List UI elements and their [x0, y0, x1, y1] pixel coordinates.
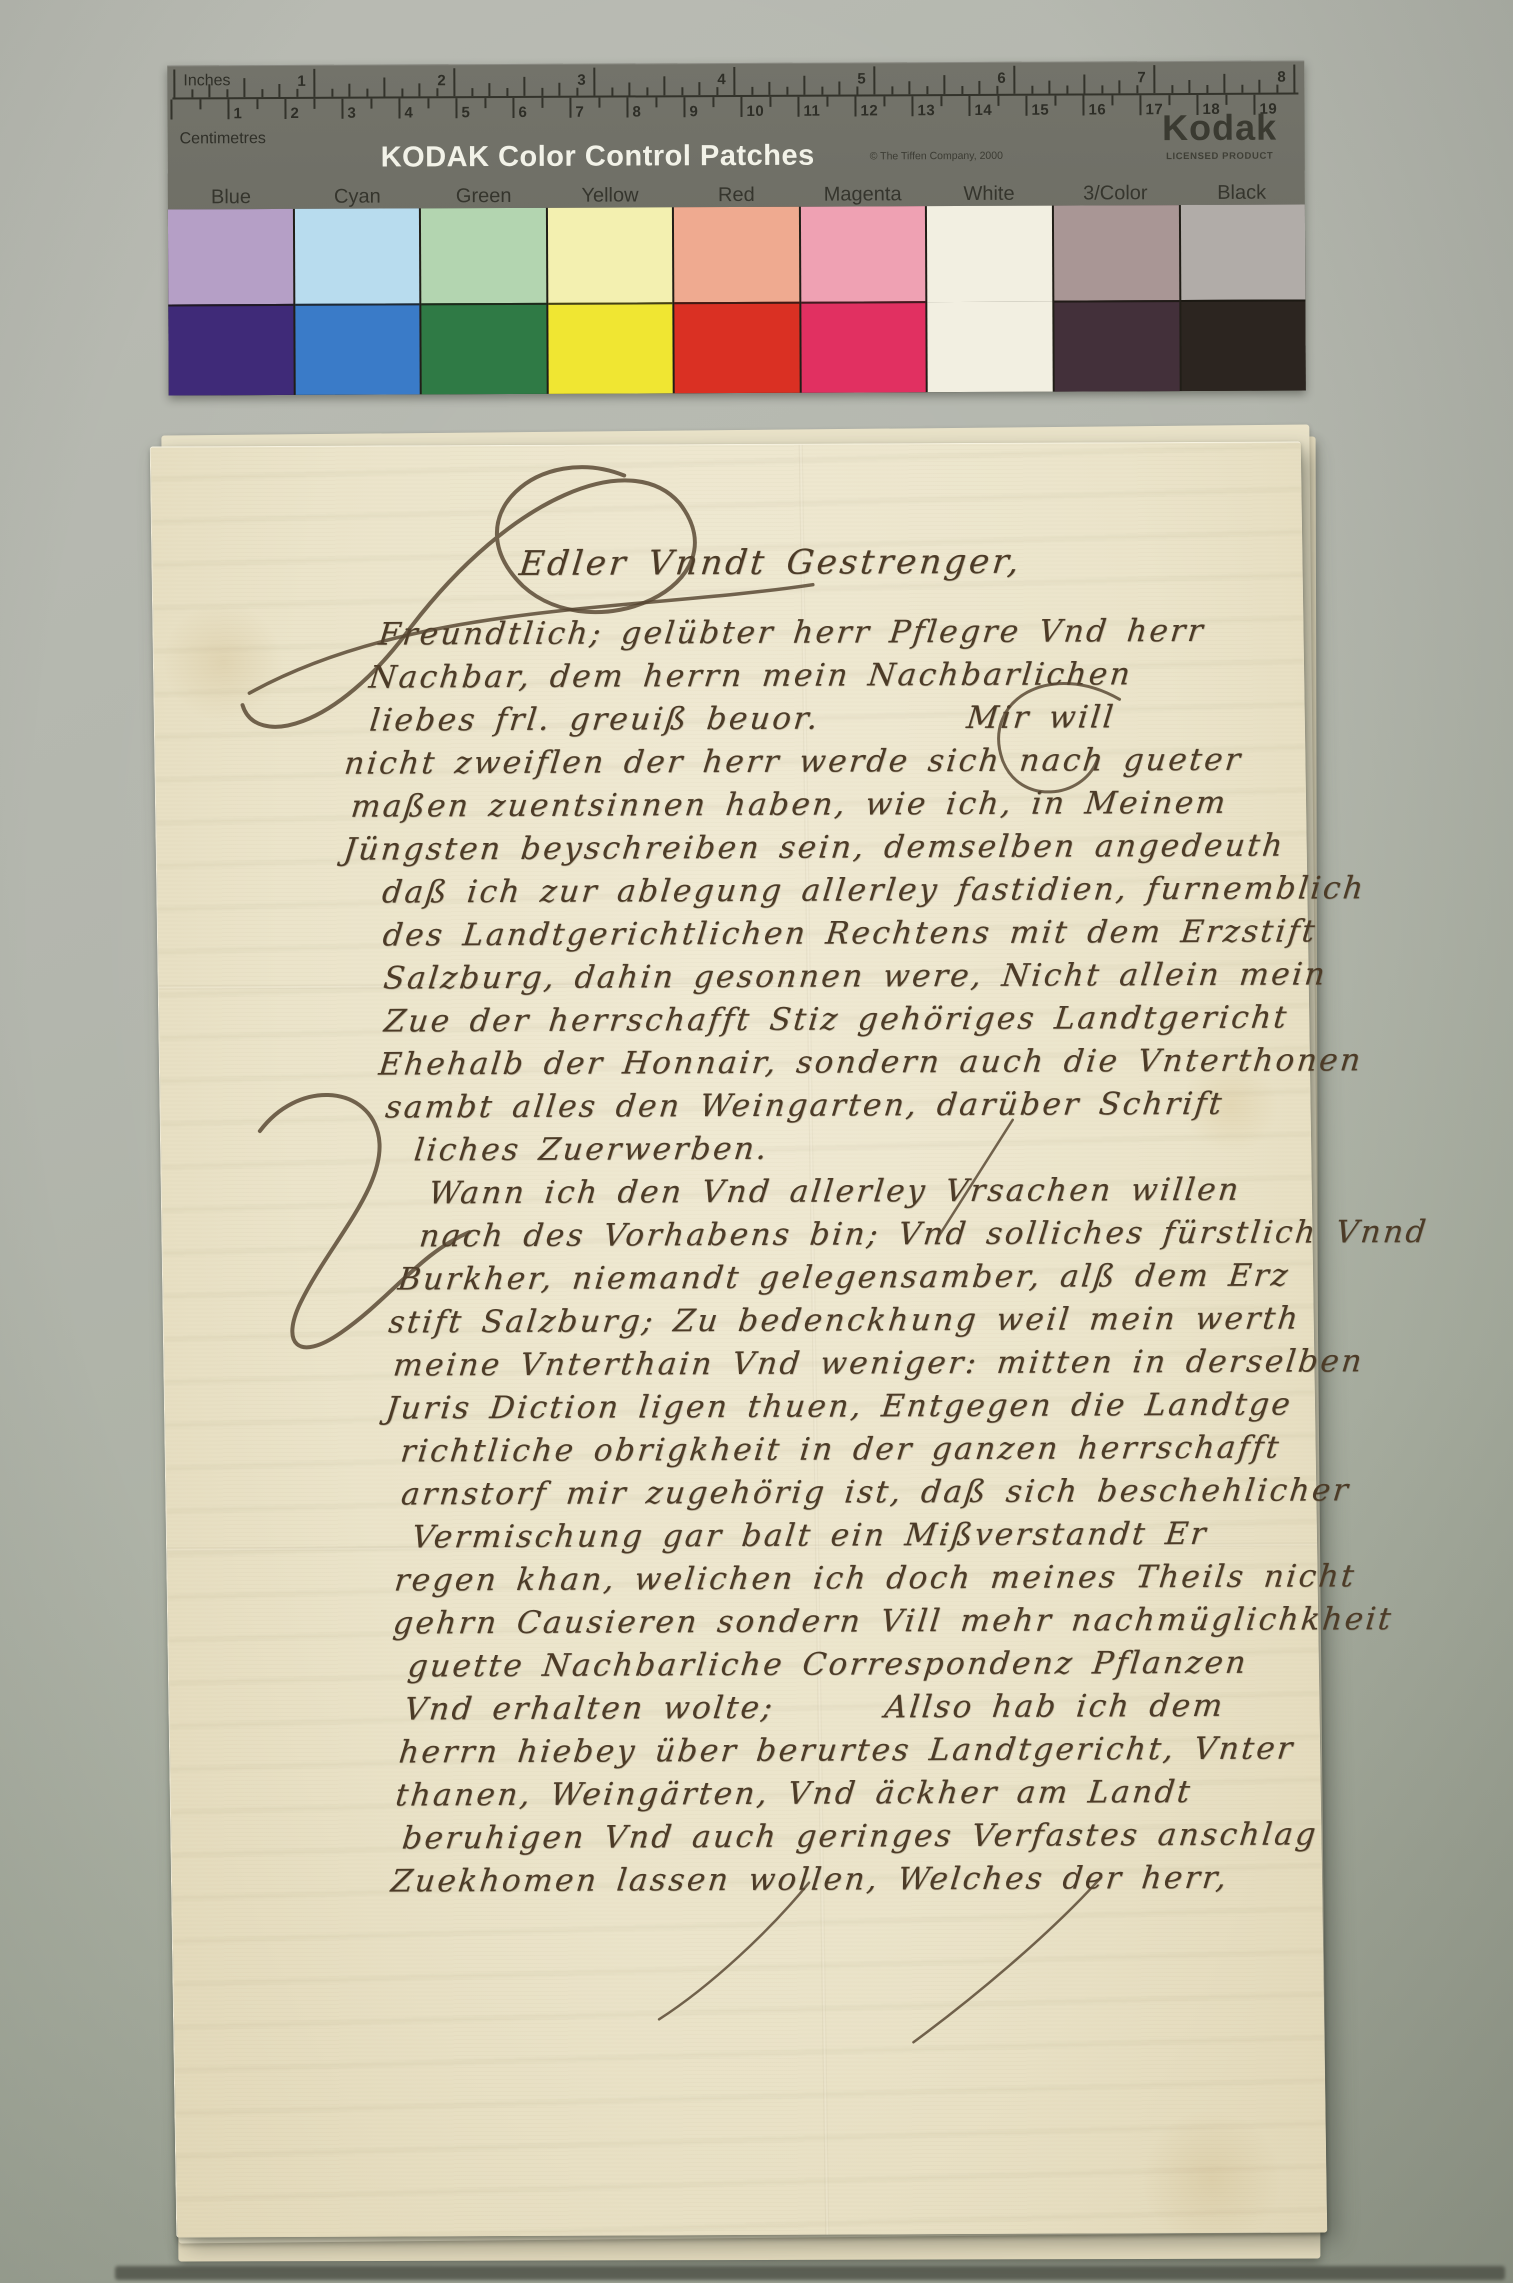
manuscript-line: Juris Diction ligen thuen, Entgegen die …: [384, 1387, 1294, 1427]
closing-slash-left: [657, 1883, 811, 2020]
cm-tick: [940, 96, 942, 106]
inch-tick: [856, 86, 858, 94]
cm-tick: [626, 97, 628, 117]
inch-tick: [628, 82, 630, 95]
manuscript-line: liches Zuerwerben.: [412, 1131, 771, 1169]
inch-number: 4: [717, 71, 726, 88]
manuscript-line: des Landtgerichtlichen Rechtens mit dem …: [381, 913, 1319, 953]
inch-tick: [1136, 85, 1138, 93]
cm-tick: [1225, 95, 1227, 105]
manuscript-line: gehrn Causieren sondern Vill mehr nachmü…: [391, 1601, 1395, 1641]
manuscript-line: thanen, Weingärten, Vnd äckher am Landt: [394, 1774, 1194, 1813]
manuscript-line: maßen zuentsinnen haben, wie ich, in Mei…: [349, 785, 1229, 825]
cm-tick: [427, 98, 429, 108]
patch-label: Red: [673, 184, 799, 208]
cm-tick: [655, 97, 657, 107]
cm-tick: [170, 99, 172, 119]
inch-tick: [1118, 80, 1120, 93]
inch-tick: [1048, 81, 1050, 94]
inch-tick: [611, 88, 613, 96]
ruler-centimetres-label: Centimetres: [180, 130, 266, 148]
inch-tick: [1171, 85, 1173, 93]
cm-tick: [370, 99, 372, 109]
closing-slash-right: [911, 1877, 1103, 2042]
cm-tick: [455, 98, 457, 118]
inch-tick: [1206, 85, 1208, 93]
inch-tick: [1101, 85, 1103, 93]
manuscript-line: liebes frl. greuiß beuor. Mir will: [368, 699, 1117, 738]
cm-number: 8: [632, 103, 641, 120]
card-copyright: © The Tiffen Company, 2000: [870, 150, 1060, 163]
patch-label: Yellow: [547, 184, 673, 208]
inch-number: 6: [997, 70, 1006, 87]
inch-number: 3: [577, 72, 586, 89]
patch-pastel: [421, 208, 546, 304]
manuscript-page: Edler Vnndt Gestrenger,Freundtlich; gelü…: [150, 442, 1328, 2238]
inch-tick: [541, 88, 543, 96]
cm-number: 2: [290, 105, 299, 122]
inch-tick: [331, 89, 333, 97]
inch-tick: [663, 76, 665, 95]
inch-tick: [366, 89, 368, 97]
inch-tick: [418, 83, 420, 96]
cm-tick: [512, 98, 514, 118]
card-title: KODAK Color Control Patches: [333, 139, 863, 174]
patch-column-3-color: [1054, 205, 1179, 392]
manuscript-line: Zuekhomen lassen wollen, Welches der her…: [389, 1860, 1230, 1900]
inch-tick: [471, 88, 473, 96]
patch-pastel: [1180, 205, 1305, 301]
inch-tick: [1293, 65, 1295, 93]
kodak-logo: Kodak: [1139, 107, 1299, 150]
cm-tick: [284, 99, 286, 119]
ruler-inches-label: Inches: [183, 72, 230, 90]
inch-scale: 12345678: [167, 61, 1304, 66]
inch-tick: [348, 84, 350, 97]
manuscript-line: meine Vnterthain Vnd weniger: mitten in …: [391, 1343, 1365, 1383]
patch-label: Black: [1178, 182, 1304, 206]
cm-tick: [484, 98, 486, 108]
manuscript-line: regen khan, welichen ich doch meines The…: [393, 1558, 1358, 1598]
patch-column-magenta: [801, 206, 926, 393]
patch-pastel: [168, 209, 293, 305]
manuscript-line: herrn hiebey über berurtes Landtgericht,…: [397, 1731, 1296, 1771]
manuscript-line: Jüngsten beyschreiben sein, demselben an…: [342, 828, 1287, 868]
inch-tick: [716, 87, 718, 95]
inch-tick: [191, 89, 193, 97]
inch-tick: [436, 88, 438, 96]
cm-tick: [341, 99, 343, 119]
patch-label: Green: [420, 185, 546, 209]
patch-column-blue: [168, 209, 293, 396]
cm-number: 3: [347, 105, 356, 122]
cm-tick: [398, 98, 400, 118]
cm-tick: [797, 97, 799, 117]
inch-tick: [173, 69, 175, 97]
patch-column-white: [927, 206, 1052, 393]
manuscript-line: nicht zweiflen der herr werde sich nach …: [342, 742, 1244, 782]
cm-number: 7: [575, 104, 584, 121]
inch-tick: [453, 68, 455, 96]
cm-number: 9: [689, 103, 698, 120]
cm-number: 1: [233, 105, 242, 122]
patch-saturated: [295, 303, 420, 395]
cm-tick: [1054, 96, 1056, 106]
cm-number: 12: [860, 102, 878, 119]
inch-tick: [1013, 66, 1015, 94]
inch-tick: [558, 83, 560, 96]
manuscript-line: Vermischung gar balt ein Mißverstandt Er: [410, 1516, 1210, 1555]
patch-pastel: [927, 206, 1052, 303]
centimetre-scale: 12345678910111213141516171819: [167, 61, 1304, 66]
inch-tick: [996, 86, 998, 94]
patch-column-yellow: [548, 207, 673, 394]
inch-tick: [908, 81, 910, 94]
inch-tick: [1241, 85, 1243, 93]
manuscript-line: arnstorf mir zugehörig ist, daß sich bes…: [399, 1472, 1352, 1512]
cm-tick: [1168, 95, 1170, 105]
inch-tick: [1258, 80, 1260, 93]
patch-pastel: [674, 207, 799, 303]
cm-tick: [256, 99, 258, 109]
manuscript-heading-line: Edler Vnndt Gestrenger,: [517, 542, 1023, 584]
cm-number: 14: [974, 102, 992, 119]
inch-tick: [646, 87, 648, 95]
patch-saturated: [1181, 299, 1306, 391]
inch-tick: [1153, 65, 1155, 93]
inch-tick: [803, 76, 805, 95]
inch-tick: [873, 66, 875, 94]
inch-tick: [961, 86, 963, 94]
inch-tick: [1223, 74, 1225, 93]
inch-tick: [943, 75, 945, 94]
cm-tick: [911, 96, 913, 116]
kodak-color-control-card: Inches Centimetres 12345678 123456789101…: [167, 61, 1305, 396]
manuscript-line: Salzburg, dahin gesonnen were, Nicht all…: [382, 956, 1329, 996]
inch-tick: [313, 69, 315, 97]
inch-tick: [488, 83, 490, 96]
manuscript-line: Ehehalb der Honnair, sondern auch die Vn…: [377, 1042, 1365, 1082]
patch-pastel: [801, 206, 926, 302]
manuscript-line: guette Nachbarliche Correspondenz Pflanz…: [406, 1645, 1250, 1685]
manuscript-line: daß ich zur ablegung allerley fastidien,…: [380, 870, 1367, 910]
patch-saturated: [801, 301, 926, 393]
cm-tick: [683, 97, 685, 117]
archival-photo: Inches Centimetres 12345678 123456789101…: [0, 0, 1513, 2283]
inch-tick: [786, 87, 788, 95]
inch-tick: [401, 88, 403, 96]
patch-column-green: [421, 208, 546, 395]
cm-number: 5: [461, 104, 470, 121]
inch-tick: [576, 88, 578, 96]
patch-label: 3/Color: [1052, 182, 1178, 206]
inch-number: 1: [297, 73, 306, 90]
manuscript-line: richtliche obrigkheit in der ganzen herr…: [399, 1430, 1283, 1470]
inch-tick: [1188, 80, 1190, 93]
inch-tick: [506, 88, 508, 96]
inch-tick: [1276, 85, 1278, 93]
cm-number: 11: [803, 103, 820, 120]
inch-tick: [821, 87, 823, 95]
inch-tick: [751, 87, 753, 95]
patch-label: Blue: [168, 186, 294, 210]
patch-saturated: [928, 302, 1053, 393]
patch-label: Cyan: [294, 185, 420, 209]
patch-label: White: [926, 183, 1052, 207]
manuscript-line: Wann ich den Vnd allerley Vrsachen wille…: [427, 1172, 1243, 1212]
patch-saturated: [1054, 300, 1179, 392]
manuscript-line: stift Salzburg; Zu bedenckhung weil mein…: [387, 1301, 1302, 1341]
inch-tick: [226, 89, 228, 97]
patch-column-black: [1180, 205, 1305, 392]
inch-tick: [523, 77, 525, 96]
inch-tick: [698, 82, 700, 95]
inch-tick: [296, 89, 298, 97]
inch-tick: [1083, 74, 1085, 93]
patch-pastel: [1054, 205, 1179, 301]
cm-tick: [199, 99, 201, 109]
inch-tick: [681, 87, 683, 95]
cm-tick: [826, 97, 828, 107]
cm-number: 16: [1088, 101, 1106, 118]
cm-tick: [1111, 95, 1113, 105]
cm-tick: [569, 98, 571, 118]
manuscript-line: Vnd erhalten wolte; Allso hab ich dem: [403, 1688, 1227, 1728]
cm-tick: [854, 96, 856, 116]
manuscript-line: Freundtlich; gelübter herr Pflegre Vnd h…: [377, 613, 1207, 653]
manuscript-line: Nachbar, dem herrn mein Nachbarlichen: [367, 656, 1134, 695]
cm-tick: [968, 96, 970, 116]
cm-number: 15: [1031, 102, 1049, 119]
inch-tick: [768, 82, 770, 95]
cm-tick: [769, 97, 771, 107]
cm-tick: [598, 98, 600, 108]
cm-tick: [541, 98, 543, 108]
cm-tick: [712, 97, 714, 107]
inch-tick: [1031, 86, 1033, 94]
patch-saturated: [548, 302, 673, 394]
manuscript-line: Zue der herrschafft Stiz gehöriges Landt…: [382, 1000, 1290, 1040]
cm-tick: [313, 99, 315, 109]
inch-tick: [278, 84, 280, 97]
inch-number: 8: [1277, 69, 1286, 86]
manuscript-line: sambt alles den Weingarten, darüber Schr…: [384, 1086, 1226, 1126]
inch-tick: [383, 78, 385, 97]
patch-column-cyan: [294, 208, 419, 395]
cm-tick: [227, 99, 229, 119]
inch-tick: [208, 84, 210, 97]
inch-tick: [593, 68, 595, 96]
cm-number: 4: [404, 104, 413, 121]
manuscript-line: nach des Vorhabens bin; Vnd solliches fü…: [418, 1214, 1430, 1254]
cm-number: 13: [917, 102, 935, 119]
patch-column-red: [674, 207, 799, 394]
cm-tick: [1082, 95, 1084, 115]
patch-saturated: [168, 304, 293, 396]
inch-tick: [1066, 86, 1068, 94]
patch-saturated: [675, 302, 800, 394]
inch-tick: [891, 86, 893, 94]
inch-number: 5: [857, 70, 866, 87]
inch-tick: [733, 67, 735, 95]
inch-tick: [243, 78, 245, 97]
inch-tick: [978, 81, 980, 94]
inch-number: 2: [437, 72, 446, 89]
patch-saturated: [421, 303, 546, 395]
inch-number: 7: [1137, 69, 1146, 86]
stack-bottom-shadow: [115, 2266, 1505, 2280]
cm-tick: [1025, 96, 1027, 116]
cm-number: 6: [518, 104, 527, 121]
patch-grid: [168, 205, 1306, 396]
patch-pastel: [548, 207, 673, 303]
manuscript-line: Burkher, niemandt gelegensamber, alß dem…: [396, 1258, 1292, 1298]
inch-tick: [926, 86, 928, 94]
kodak-licensed-product-label: LICENSED PRODUCT: [1140, 151, 1300, 163]
patch-pastel: [294, 208, 419, 304]
cm-tick: [740, 97, 742, 117]
inch-tick: [838, 82, 840, 95]
patch-label: Magenta: [799, 183, 925, 207]
cm-number: 10: [746, 103, 764, 120]
cm-tick: [997, 96, 999, 106]
manuscript-line: beruhigen Vnd auch geringes Verfastes an…: [400, 1816, 1319, 1856]
inch-tick: [261, 89, 263, 97]
cm-tick: [883, 96, 885, 106]
